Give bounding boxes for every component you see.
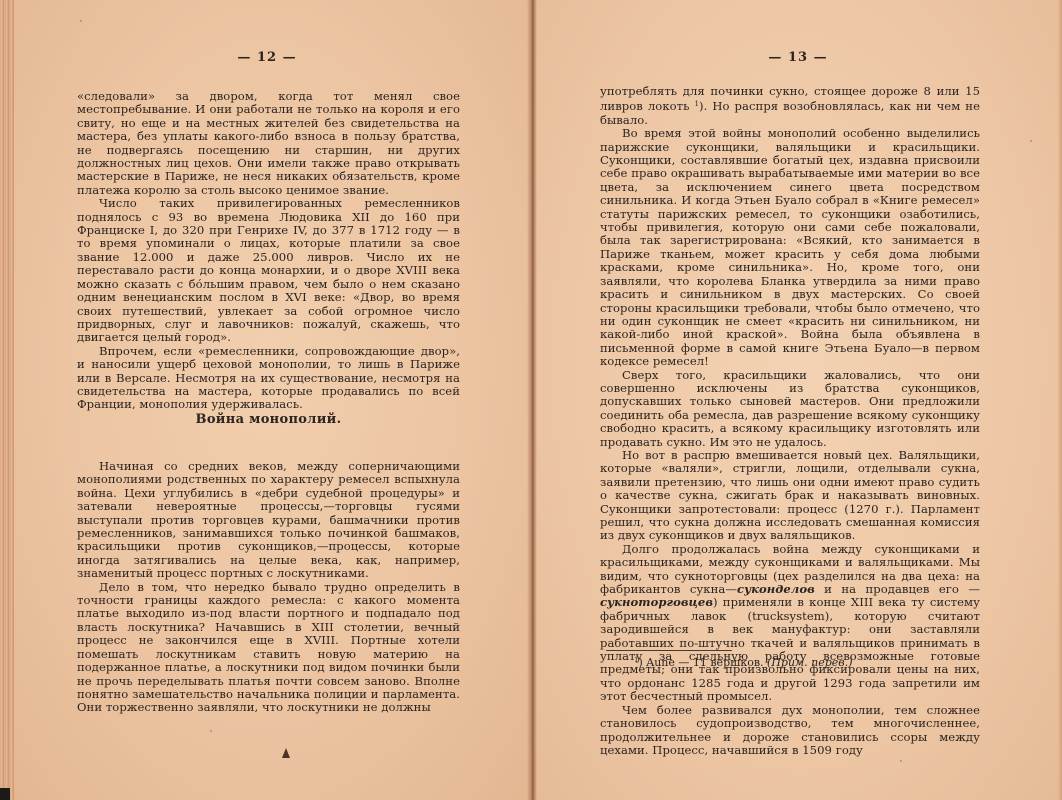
page-number: — 12 — — [0, 50, 534, 65]
footnote: 1) Aune — 11 вершков. (Прим. перев.) — [634, 656, 853, 669]
paper-speck — [210, 730, 212, 732]
paper-speck — [1030, 140, 1032, 142]
body-text: «следовали» за двором, когда тот менял с… — [77, 90, 460, 412]
italic-term: сукноторговцев — [600, 595, 713, 609]
paragraph: Впрочем, если «ремесленники, сопровождаю… — [77, 345, 460, 412]
paragraph: Долго продолжалась война между суконщика… — [600, 543, 980, 704]
left-page: — 12 — «следовали» за двором, когда тот … — [0, 0, 534, 800]
paragraph: Сверх того, красильщики жаловались, что … — [600, 369, 980, 449]
page-edges — [0, 0, 14, 800]
paragraph: Чем более развивался дух монополии, тем … — [600, 704, 980, 758]
page-edges — [1058, 0, 1062, 800]
paragraph: Начиная со средних веков, между сопернич… — [77, 460, 460, 581]
scan-corner — [0, 788, 10, 800]
page-number: — 13 — — [534, 50, 1062, 65]
paper-speck — [80, 20, 82, 22]
translator-note: (Прим. перев.) — [767, 656, 852, 669]
paragraph: «следовали» за двором, когда тот менял с… — [77, 90, 460, 197]
paragraph: Дело в том, что нередко бывало трудно оп… — [77, 581, 460, 715]
book-gutter — [527, 0, 537, 800]
body-text: Начиная со средних веков, между сопернич… — [77, 460, 460, 715]
paragraph: Но вот в распрю вмешивается новый цех. В… — [600, 449, 980, 543]
section-heading: Война монополий. — [77, 412, 460, 427]
paragraph: употреблять для починки сукно, стоящее д… — [600, 85, 980, 127]
ink-blot — [282, 748, 290, 758]
paper-speck — [640, 720, 642, 722]
book-spread: — 12 — «следовали» за двором, когда тот … — [0, 0, 1062, 800]
footnote-rule — [606, 650, 732, 651]
italic-term: суконделов — [737, 582, 815, 596]
paragraph: Число таких привилегированных ремесленни… — [77, 197, 460, 344]
paragraph: Во время этой войны монополий особенно в… — [600, 127, 980, 368]
paper-speck — [900, 760, 902, 762]
right-page: — 13 — употреблять для починки сукно, ст… — [534, 0, 1062, 800]
